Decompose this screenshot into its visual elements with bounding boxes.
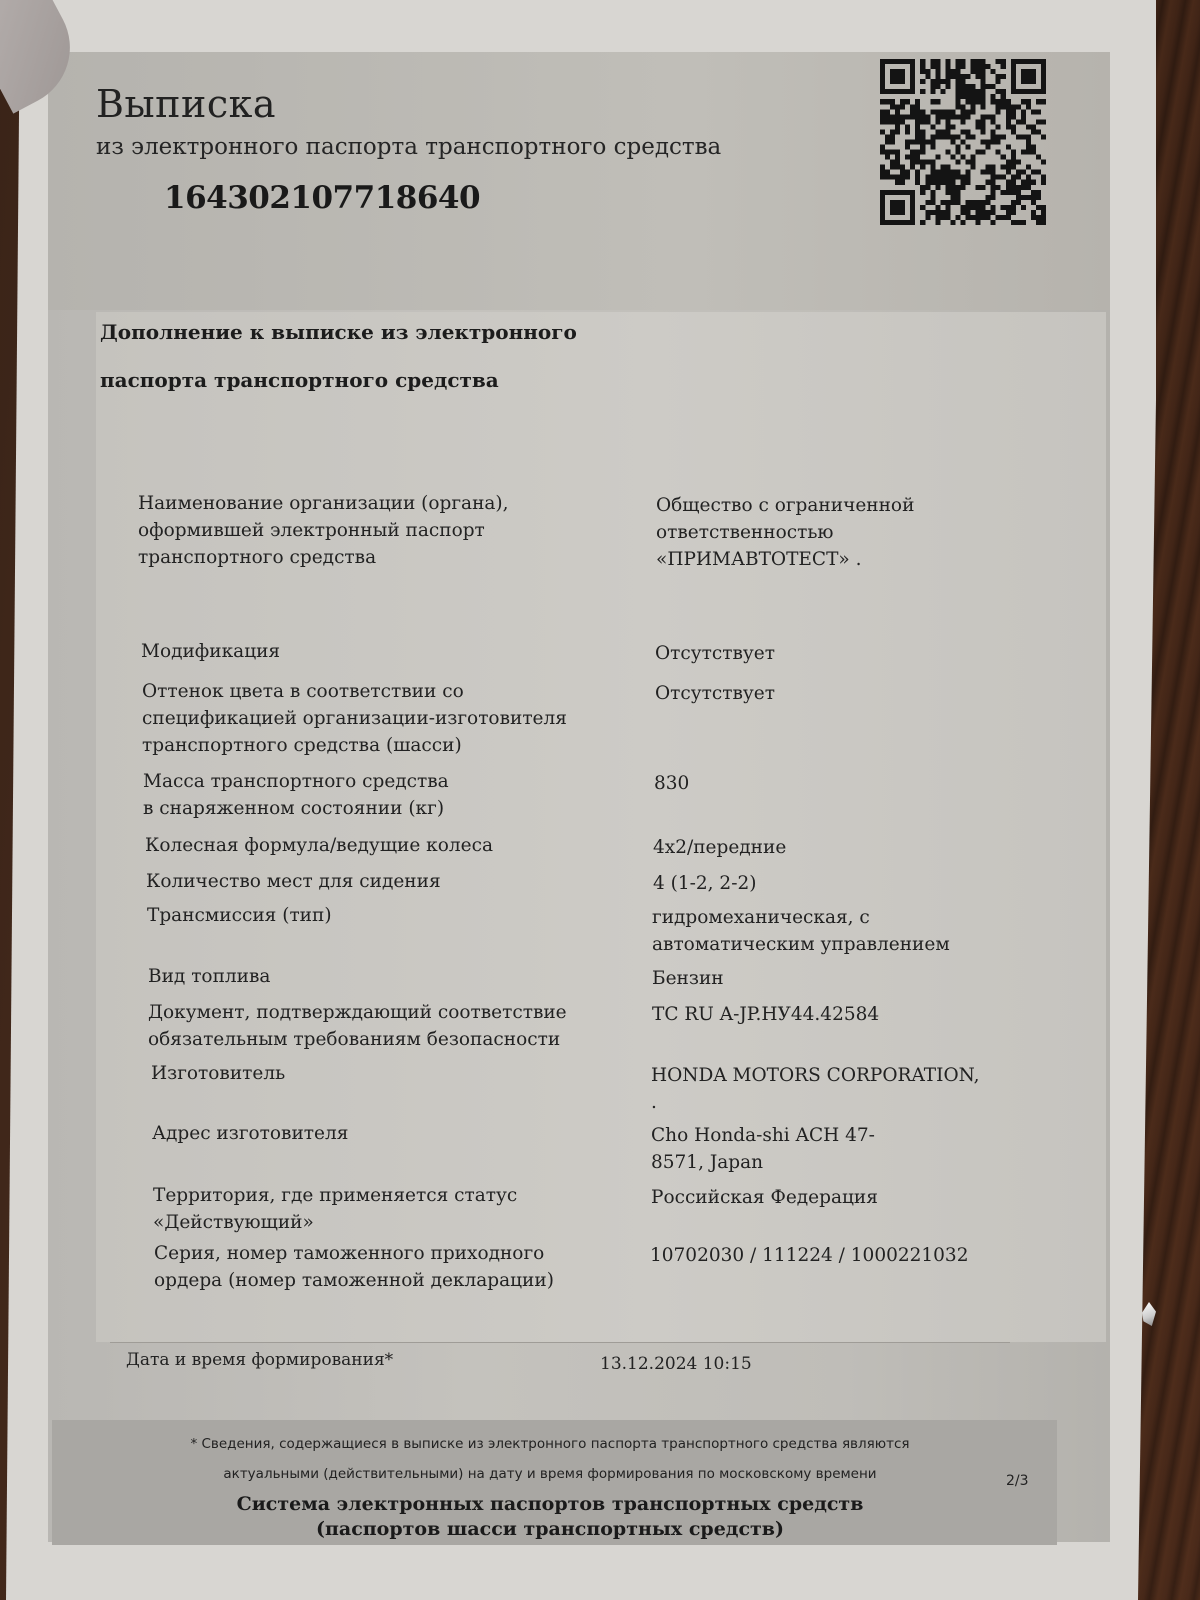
attribute-label: Количество мест для сидения <box>146 868 441 895</box>
footnote-line2: актуальными (действительными) на дату и … <box>150 1466 950 1482</box>
qr-code-icon <box>880 58 1046 226</box>
attribute-label: Территория, где применяется статус «Дейс… <box>153 1182 517 1236</box>
attribute-value: Cho Honda-shi ACH 47- 8571, Japan <box>651 1122 875 1176</box>
attribute-label: Масса транспортного средства в снаряженн… <box>143 768 449 822</box>
generated-date-label: Дата и время формирования* <box>126 1350 393 1370</box>
attribute-value: 10702030 / 111224 / 1000221032 <box>650 1242 968 1269</box>
attribute-label: Адрес изготовителя <box>152 1120 348 1147</box>
attribute-label: Трансмиссия (тип) <box>147 902 332 929</box>
document-subtitle: из электронного паспорта транспортного с… <box>96 134 721 160</box>
attribute-label: Наименование организации (органа), оформ… <box>138 490 509 571</box>
section-title-line1: Дополнение к выписке из электронного <box>100 320 577 344</box>
attribute-value: Отсутствует <box>655 680 775 707</box>
divider-line <box>110 1342 1010 1343</box>
page-number: 2/3 <box>1006 1473 1029 1489</box>
attribute-label: Изготовитель <box>151 1060 285 1087</box>
document-number: 164302107718640 <box>164 180 480 216</box>
attribute-label: Модификация <box>141 638 280 665</box>
attribute-value: 4x2/передние <box>653 834 786 861</box>
footnote-line1: * Сведения, содержащиеся в выписке из эл… <box>150 1436 950 1452</box>
attribute-value: TC RU A-JP.HУ44.42584 <box>652 1001 879 1028</box>
system-title-line1: Система электронных паспортов транспортн… <box>150 1493 950 1515</box>
attribute-label: Документ, подтверждающий соответствие об… <box>148 999 567 1053</box>
attribute-value: HONDA MOTORS CORPORATION, . <box>651 1062 980 1116</box>
attribute-label: Вид топлива <box>148 963 270 990</box>
attribute-value: Российская Федерация <box>651 1184 878 1211</box>
generated-date-value: 13.12.2024 10:15 <box>600 1354 752 1374</box>
attribute-label: Колесная формула/ведущие колеса <box>145 832 493 859</box>
attribute-value: Бензин <box>652 965 724 992</box>
attribute-value: 830 <box>654 770 689 797</box>
attribute-value: гидромеханическая, с автоматическим упра… <box>652 904 950 958</box>
attribute-label: Оттенок цвета в соответствии со специфик… <box>142 678 567 759</box>
attribute-value: Общество с ограниченной ответственностью… <box>656 492 914 573</box>
attribute-value: Отсутствует <box>655 640 775 667</box>
section-title-line2: паспорта транспортного средства <box>100 368 499 392</box>
attribute-label: Серия, номер таможенного приходного орде… <box>154 1240 554 1294</box>
system-title-line2: (паспортов шасси транспортных средств) <box>150 1518 950 1540</box>
attribute-value: 4 (1-2, 2-2) <box>653 870 756 897</box>
document-title: Выписка <box>96 82 276 126</box>
